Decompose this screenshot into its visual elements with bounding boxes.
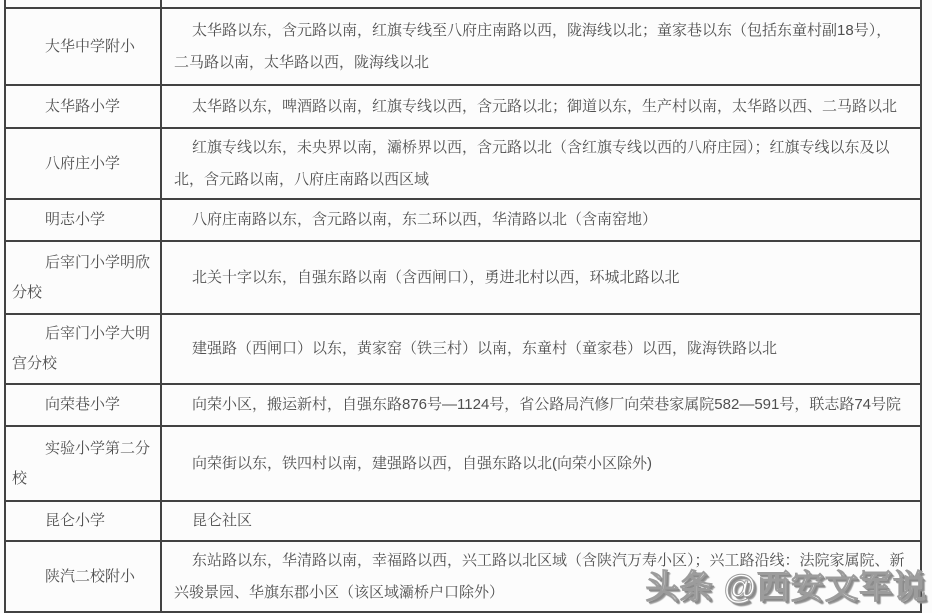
article-table-screenshot: 大华中学附小 太华路以东，含元路以南，红旗专线至八府庄南路以西，陇海线以北；童家… bbox=[0, 0, 932, 613]
school-name-cell: 后宰门小学明欣分校 bbox=[5, 241, 161, 314]
school-name-cell: 明志小学 bbox=[5, 199, 161, 241]
watermark-text: 头条 @西安文军说 bbox=[646, 561, 927, 608]
district-boundary-cell: 太华路以东，啤酒路以南，红旗专线以西，含元路以北；御道以东，生产村以南，太华路以… bbox=[161, 85, 921, 128]
district-boundary-cell: 建强路（西闸口）以东，黄家窑（铁三村）以南，东童村（童家巷）以西，陇海铁路以北 bbox=[161, 314, 921, 384]
table-row: 太华路小学 太华路以东，啤酒路以南，红旗专线以西，含元路以北；御道以东，生产村以… bbox=[5, 85, 921, 128]
table-row: 向荣巷小学 向荣小区，搬运新村，自强东路876号—1124号，省公路局汽修厂向荣… bbox=[5, 384, 921, 426]
school-name-cell: 太华路小学 bbox=[5, 85, 161, 128]
school-name-cell: 向荣巷小学 bbox=[5, 384, 161, 426]
school-name-cell: 后宰门小学大明宫分校 bbox=[5, 314, 161, 384]
school-name-cell: 八府庄小学 bbox=[5, 128, 161, 199]
district-boundary-cell: 八府庄南路以东，含元路以南，东二环以西，华清路以北（含南窑地） bbox=[161, 199, 921, 241]
table-row: 实验小学第二分校 向荣街以东，铁四村以南，建强路以西，自强东路以北(向荣小区除外… bbox=[5, 426, 921, 501]
table-row: 昆仑小学 昆仑社区 bbox=[5, 501, 921, 541]
table-row: 后宰门小学大明宫分校 建强路（西闸口）以东，黄家窑（铁三村）以南，东童村（童家巷… bbox=[5, 314, 921, 384]
table-row: 大华中学附小 太华路以东，含元路以南，红旗专线至八府庄南路以西，陇海线以北；童家… bbox=[5, 8, 921, 85]
district-boundary-cell: 向荣街以东，铁四村以南，建强路以西，自强东路以北(向荣小区除外) bbox=[161, 426, 921, 501]
partial-row-top bbox=[5, 0, 921, 8]
table-row: 八府庄小学 红旗专线以东，未央界以南，灞桥界以西，含元路以北（含红旗专线以西的八… bbox=[5, 128, 921, 199]
school-name-cell: 实验小学第二分校 bbox=[5, 426, 161, 501]
district-boundary-cell bbox=[161, 0, 921, 8]
school-name-cell: 陕汽二校附小 bbox=[5, 541, 161, 612]
table-row: 明志小学 八府庄南路以东，含元路以南，东二环以西，华清路以北（含南窑地） bbox=[5, 199, 921, 241]
table-row: 后宰门小学明欣分校 北关十字以东，自强东路以南（含西闸口），勇进北村以西，环城北… bbox=[5, 241, 921, 314]
school-district-table: 大华中学附小 太华路以东，含元路以南，红旗专线至八府庄南路以西，陇海线以北；童家… bbox=[4, 0, 922, 613]
school-name-cell: 大华中学附小 bbox=[5, 8, 161, 85]
district-boundary-cell: 太华路以东，含元路以南，红旗专线至八府庄南路以西，陇海线以北；童家巷以东（包括东… bbox=[161, 8, 921, 85]
school-name-cell: 昆仑小学 bbox=[5, 501, 161, 541]
district-boundary-cell: 向荣小区，搬运新村，自强东路876号—1124号，省公路局汽修厂向荣巷家属院58… bbox=[161, 384, 921, 426]
district-boundary-cell: 红旗专线以东，未央界以南，灞桥界以西，含元路以北（含红旗专线以西的八府庄园）；红… bbox=[161, 128, 921, 199]
district-boundary-cell: 昆仑社区 bbox=[161, 501, 921, 541]
district-boundary-cell: 北关十字以东，自强东路以南（含西闸口），勇进北村以西，环城北路以北 bbox=[161, 241, 921, 314]
school-name-cell bbox=[5, 0, 161, 8]
